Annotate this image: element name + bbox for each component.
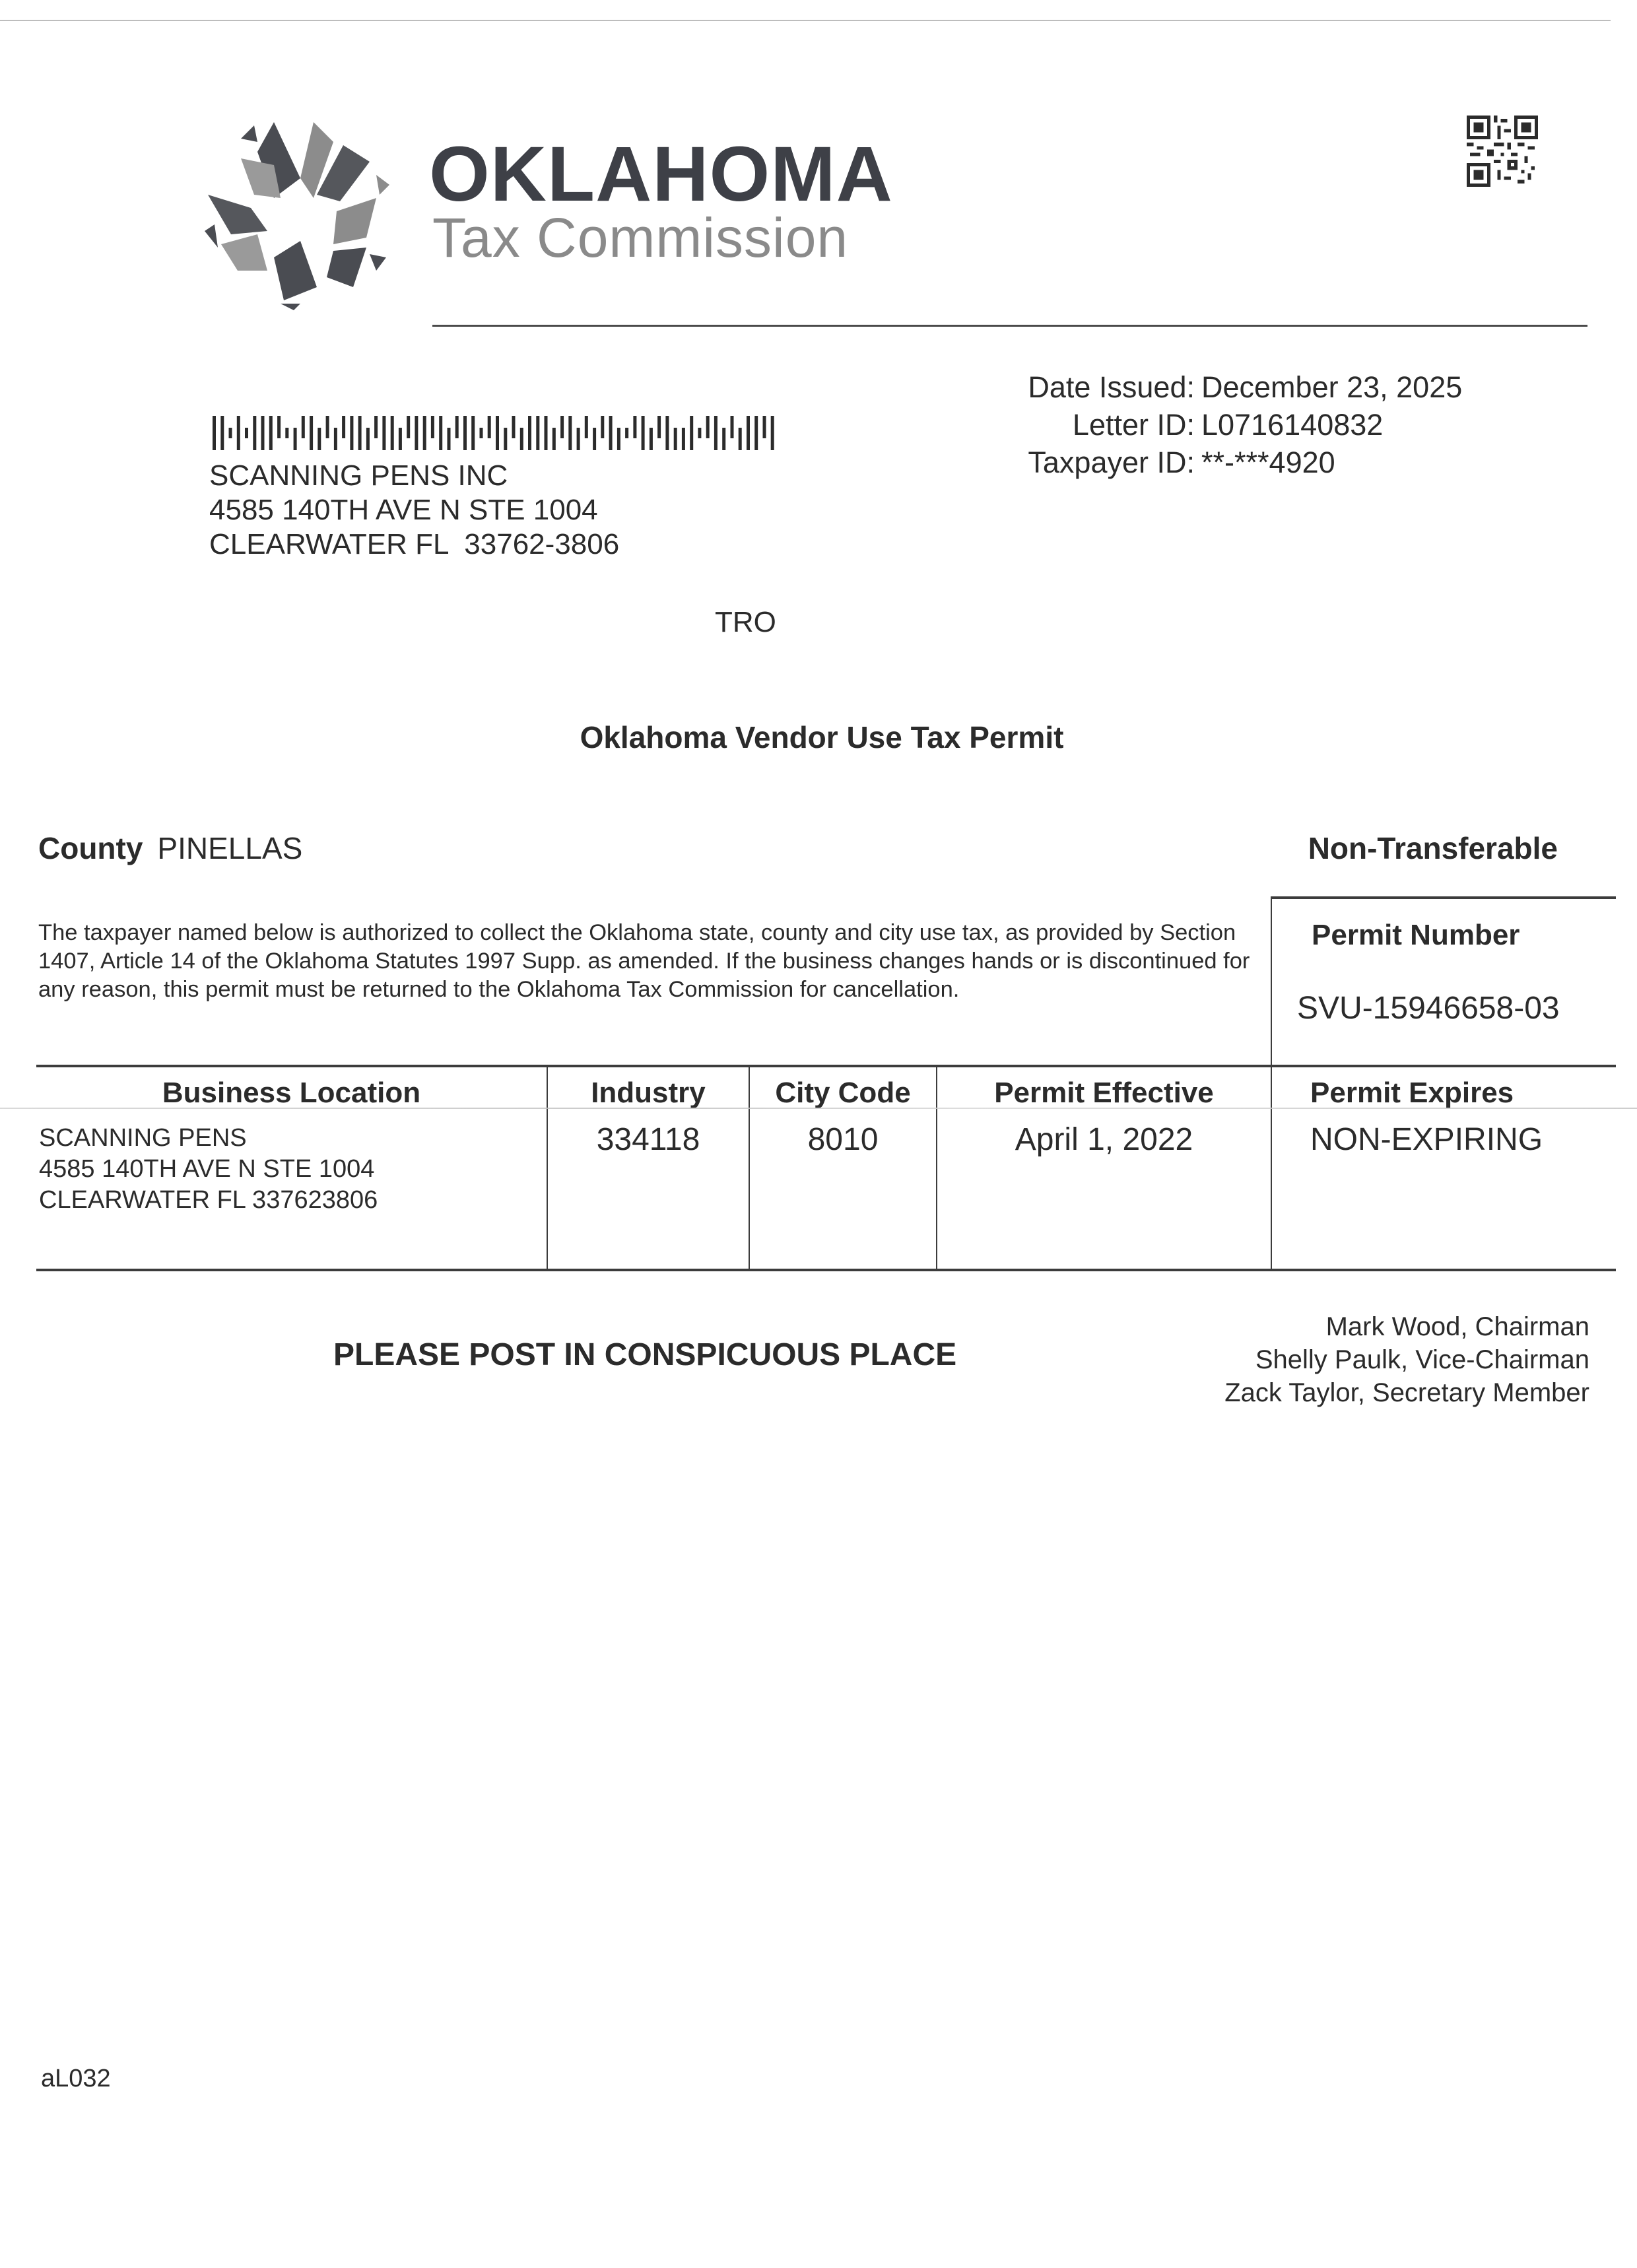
taxpayer-id-value: **-***4920 — [1201, 444, 1335, 481]
permit-effective-value: April 1, 2022 — [937, 1121, 1271, 1158]
column-permit-expires: Permit Expires NON-EXPIRING — [1271, 1067, 1616, 1269]
address-line-name: SCANNING PENS INC — [209, 459, 619, 493]
qr-code-icon — [1467, 116, 1538, 187]
column-business-location: Business Location SCANNING PENS 4585 140… — [36, 1067, 547, 1269]
permit-details-table: Business Location SCANNING PENS 4585 140… — [36, 1065, 1616, 1271]
header-permit-effective: Permit Effective — [937, 1077, 1271, 1110]
postal-barcode-icon — [213, 416, 779, 450]
oklahoma-star-logo-icon — [201, 112, 399, 310]
scan-artifact-line — [0, 1108, 1637, 1109]
document-title: Oklahoma Vendor Use Tax Permit — [0, 719, 1637, 755]
commissioners-list: Mark Wood, Chairman Shelly Paulk, Vice-C… — [1224, 1310, 1589, 1409]
header-divider — [432, 325, 1587, 327]
commissioner-vice-chairman: Shelly Paulk, Vice-Chairman — [1224, 1343, 1589, 1376]
county-field: CountyPINELLAS — [38, 830, 302, 866]
header-city-code: City Code — [750, 1077, 936, 1110]
location-line-street: 4585 140TH AVE N STE 1004 — [39, 1154, 547, 1185]
routing-code: TRO — [715, 606, 776, 639]
permit-expires-value: NON-EXPIRING — [1272, 1121, 1616, 1158]
authorization-text: The taxpayer named below is authorized t… — [38, 919, 1259, 1004]
header-permit-expires: Permit Expires — [1272, 1077, 1616, 1110]
agency-subtitle: Tax Commission — [432, 210, 848, 265]
agency-name: OKLAHOMA — [429, 135, 893, 213]
county-value: PINELLAS — [157, 831, 302, 865]
industry-value: 334118 — [548, 1121, 749, 1158]
permit-number-value: SVU-15946658-03 — [1297, 990, 1560, 1026]
column-permit-effective: Permit Effective April 1, 2022 — [936, 1067, 1271, 1269]
letter-id-label: Letter ID: — [1017, 406, 1201, 444]
commissioner-secretary: Zack Taylor, Secretary Member — [1224, 1376, 1589, 1409]
date-issued-label: Date Issued: — [1017, 368, 1201, 406]
column-city-code: City Code 8010 — [749, 1067, 936, 1269]
transfer-status: Non-Transferable — [1308, 830, 1558, 866]
address-line-city: CLEARWATER FL 33762-3806 — [209, 527, 619, 562]
form-code: aL032 — [41, 2065, 111, 2093]
scan-edge-line — [0, 20, 1611, 21]
location-line-city: CLEARWATER FL 337623806 — [39, 1185, 547, 1216]
header-business-location: Business Location — [36, 1077, 547, 1110]
taxpayer-id-label: Taxpayer ID: — [1017, 444, 1201, 481]
permit-number-box: Permit Number SVU-15946658-03 — [1271, 896, 1616, 1066]
letter-id-value: L0716140832 — [1201, 406, 1383, 444]
date-issued-value: December 23, 2025 — [1201, 368, 1462, 406]
letter-meta: Date Issued: December 23, 2025 Letter ID… — [1017, 368, 1462, 481]
permit-number-label: Permit Number — [1312, 919, 1520, 952]
column-industry: Industry 334118 — [547, 1067, 749, 1269]
location-line-name: SCANNING PENS — [39, 1123, 547, 1154]
header-industry: Industry — [548, 1077, 749, 1110]
mailing-address: SCANNING PENS INC 4585 140TH AVE N STE 1… — [209, 459, 619, 562]
commissioner-chairman: Mark Wood, Chairman — [1224, 1310, 1589, 1343]
business-location-value: SCANNING PENS 4585 140TH AVE N STE 1004 … — [36, 1123, 547, 1216]
city-code-value: 8010 — [750, 1121, 936, 1158]
date-issued-row: Date Issued: December 23, 2025 — [1017, 368, 1462, 406]
county-label: County — [38, 831, 143, 865]
taxpayer-id-row: Taxpayer ID: **-***4920 — [1017, 444, 1462, 481]
letter-id-row: Letter ID: L0716140832 — [1017, 406, 1462, 444]
post-notice: PLEASE POST IN CONSPICUOUS PLACE — [333, 1337, 956, 1373]
address-line-street: 4585 140TH AVE N STE 1004 — [209, 493, 619, 527]
